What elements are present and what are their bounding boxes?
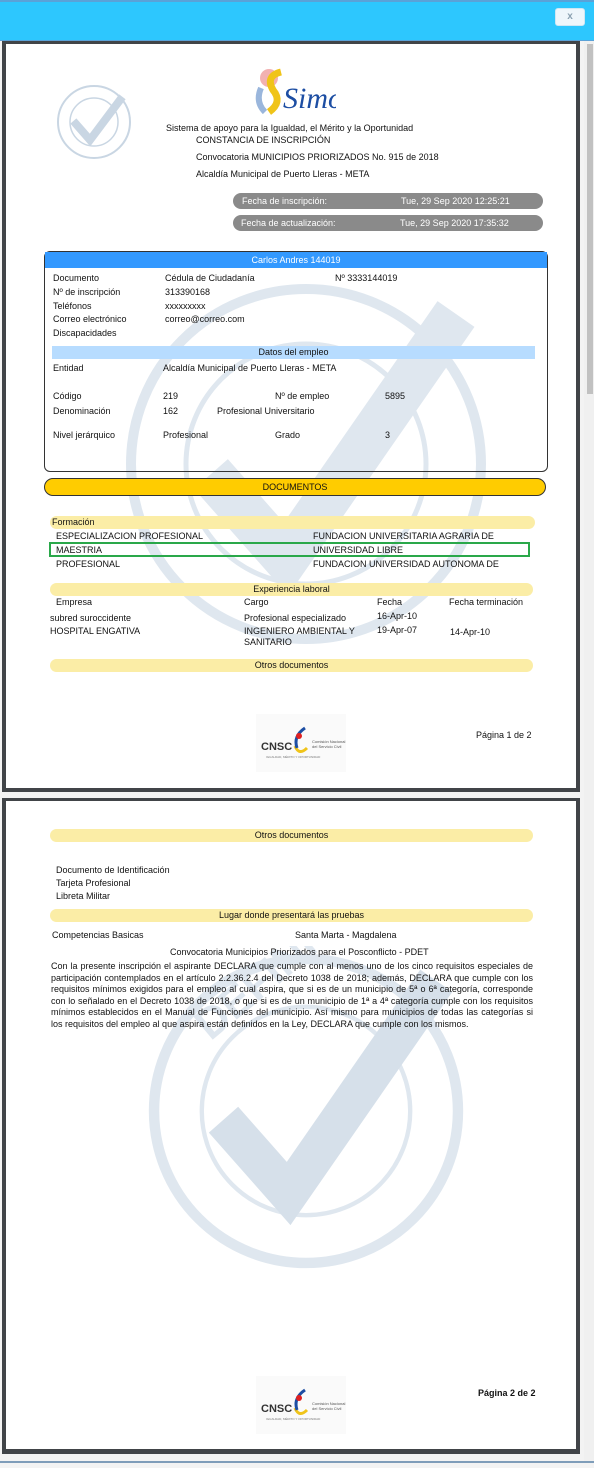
col-fecha-terminacion: Fecha terminación (449, 597, 523, 607)
fecha-inscripcion-value: Tue, 29 Sep 2020 12:25:21 (401, 193, 510, 209)
close-icon: x (567, 11, 573, 22)
viewer-bottom-border (0, 1461, 594, 1463)
document-title: CONSTANCIA DE INSCRIPCIÓN (196, 135, 330, 145)
prueba-label: Competencias Basicas (52, 930, 144, 940)
telefonos-value: xxxxxxxxx (165, 301, 206, 311)
grado-value: 3 (385, 430, 390, 440)
fecha-inscripcion-label: Fecha de inscripción: (242, 193, 327, 209)
otros-item: Libreta Militar (56, 891, 110, 901)
formacion-institucion: FUNDACION UNIVERSITARIA AGRARIA DE (313, 531, 494, 541)
dialog-titlebar: x (0, 0, 594, 41)
applicant-name: Carlos Andres 144019 (45, 252, 547, 268)
otros-item: Documento de Identificación (56, 865, 170, 875)
cnsc-logo: CNSC Comisión Nacional del Servicio Civi… (256, 714, 346, 772)
formacion-nivel: PROFESIONAL (56, 559, 120, 569)
page-2: DEFINITIVO Otros documentos Documento de… (6, 801, 576, 1449)
nivel-label: Nivel jerárquico (53, 430, 115, 440)
correo-label: Correo electrónico (53, 314, 127, 324)
page-1-frame: Simo Sistema de apoyo para la Igualdad, … (2, 41, 580, 792)
highlighted-row (49, 542, 530, 557)
otros-item: Tarjeta Profesional (56, 878, 131, 888)
experiencia-header: Experiencia laboral (50, 583, 533, 596)
denominacion-code: 162 (163, 406, 178, 416)
inscripcion-label: Nº de inscripción (53, 287, 120, 297)
documento-number: Nº 3333144019 (335, 273, 397, 283)
fecha-actualizacion-pill: Fecha de actualización: Tue, 29 Sep 2020… (233, 215, 543, 231)
entity-line: Alcaldía Municipal de Puerto Lleras - ME… (196, 169, 369, 179)
exp-fecha: 19-Apr-07 (377, 625, 417, 635)
fecha-inscripcion-pill: Fecha de inscripción: Tue, 29 Sep 2020 1… (233, 193, 543, 209)
cnsc-emblem-icon (291, 726, 311, 756)
exp-cargo: INGENIERO AMBIENTAL Y (244, 626, 355, 636)
close-button[interactable]: x (555, 8, 585, 26)
discapacidades-label: Discapacidades (53, 328, 117, 338)
col-fecha: Fecha (377, 597, 402, 607)
applicant-card: Carlos Andres 144019 Documento Cédula de… (44, 251, 548, 472)
telefonos-label: Teléfonos (53, 301, 92, 311)
page-number: Página 2 de 2 (478, 1388, 536, 1398)
exp-fecha-fin: 14-Apr-10 (450, 627, 490, 637)
exp-fecha: 16-Apr-10 (377, 611, 417, 621)
otros-documentos-header: Otros documentos (50, 829, 533, 842)
fecha-actualizacion-label: Fecha de actualización: (241, 215, 336, 231)
pdet-title: Convocatoria Municipios Priorizados para… (170, 947, 429, 957)
num-empleo-label: Nº de empleo (275, 391, 329, 401)
prueba-lugar: Santa Marta - Magdalena (295, 930, 397, 940)
formacion-nivel: ESPECIALIZACION PROFESIONAL (56, 531, 203, 541)
codigo-label: Código (53, 391, 82, 401)
system-name: Sistema de apoyo para la Igualdad, el Mé… (166, 123, 413, 133)
datos-empleo-header: Datos del empleo (52, 346, 535, 359)
inscripcion-value: 313390168 (165, 287, 210, 297)
nivel-value: Profesional (163, 430, 208, 440)
definitivo-stamp-icon (54, 82, 134, 162)
exp-empresa: HOSPITAL ENGATIVA (50, 626, 140, 636)
documentos-header: DOCUMENTOS (44, 478, 546, 496)
entidad-value: Alcaldía Municipal de Puerto Lleras - ME… (163, 363, 336, 373)
simo-logo-icon: Simo (251, 62, 336, 117)
convocatoria-title: Convocatoria MUNICIPIOS PRIORIZADOS No. … (196, 152, 439, 162)
col-cargo: Cargo (244, 597, 269, 607)
svg-text:Simo: Simo (283, 82, 336, 115)
correo-value: correo@correo.com (165, 314, 245, 324)
fecha-actualizacion-value: Tue, 29 Sep 2020 17:35:32 (400, 215, 509, 231)
exp-cargo: Profesional especializado (244, 613, 346, 623)
denominacion-value: Profesional Universitario (217, 406, 315, 416)
page-1: Simo Sistema de apoyo para la Igualdad, … (6, 44, 576, 788)
declaration-text: Con la presente inscripción el aspirante… (51, 961, 533, 1030)
cnsc-emblem-icon (291, 1388, 311, 1418)
documento-type: Cédula de Ciudadanía (165, 273, 255, 283)
formacion-nivel: MAESTRIA (56, 545, 102, 555)
exp-empresa: subred suroccidente (50, 613, 131, 623)
formacion-header: Formación (50, 516, 535, 529)
scrollbar-thumb[interactable] (587, 44, 593, 394)
formacion-institucion: FUNDACION UNIVERSIDAD AUTONOMA DE (313, 559, 499, 569)
num-empleo-value: 5895 (385, 391, 405, 401)
lugar-pruebas-header: Lugar donde presentará las pruebas (50, 909, 533, 922)
page-2-frame: DEFINITIVO Otros documentos Documento de… (2, 798, 580, 1454)
codigo-value: 219 (163, 391, 178, 401)
formacion-institucion: UNIVERSIDAD LIBRE (313, 545, 403, 555)
denominacion-label: Denominación (53, 406, 111, 416)
documento-label: Documento (53, 273, 99, 283)
cnsc-logo: CNSC Comisión Nacional del Servicio Civi… (256, 1376, 346, 1434)
exp-cargo-cont: SANITARIO (244, 637, 292, 647)
simo-logo: Simo (251, 62, 336, 117)
otros-documentos-header: Otros documentos (50, 659, 533, 672)
entidad-label: Entidad (53, 363, 84, 373)
grado-label: Grado (275, 430, 300, 440)
col-empresa: Empresa (56, 597, 92, 607)
page-number: Página 1 de 2 (476, 730, 532, 740)
